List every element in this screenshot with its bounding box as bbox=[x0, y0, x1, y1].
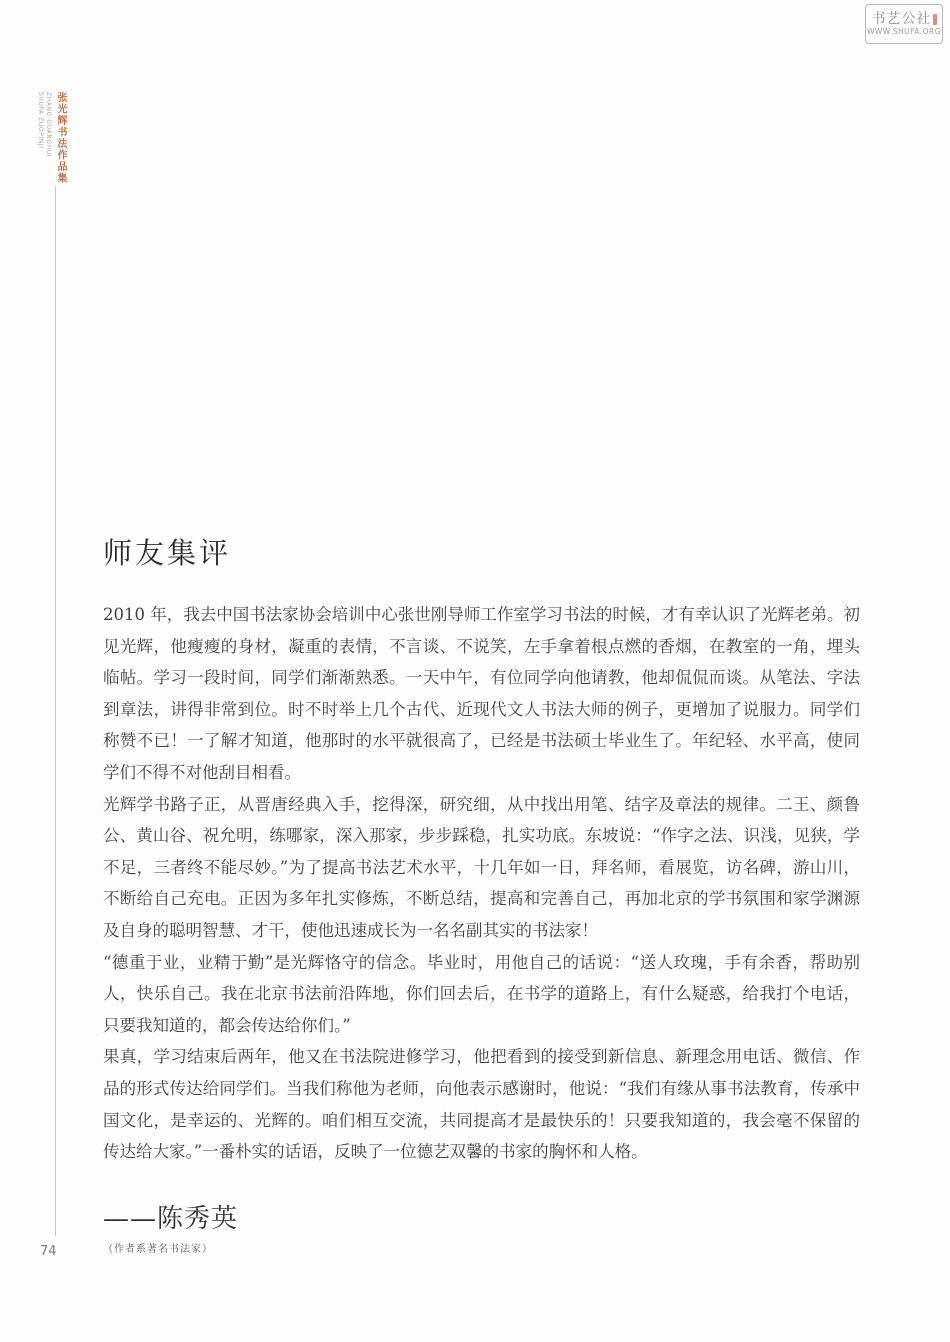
paragraph-1: 2010 年，我去中国书法家协会培训中心张世刚导师工作室学习书法的时候，才有幸认… bbox=[103, 599, 860, 789]
site-watermark: 书艺公社 WWW.SHUFA.ORG bbox=[865, 4, 943, 44]
spine-latin-line2: SHUFA ZUOPINJI bbox=[37, 92, 44, 149]
watermark-name-row: 书艺公社 bbox=[872, 12, 937, 26]
book-spine-title: ZHANG GUANGHUI SHUFA ZUOPINJI 张光辉书法作品集 bbox=[36, 92, 66, 187]
article: 师友集评 2010 年，我去中国书法家协会培训中心张世刚导师工作室学习书法的时候… bbox=[103, 531, 860, 1255]
paragraph-2: 光辉学书路子正，从晋唐经典入手，挖得深，研究细，从中找出用笔、结字及章法的规律。… bbox=[103, 789, 860, 947]
watermark-site-url: WWW.SHUFA.ORG bbox=[867, 27, 941, 36]
left-margin-rule bbox=[55, 186, 56, 1236]
author-signature-note: （作者系著名书法家） bbox=[103, 1240, 860, 1255]
article-body: 2010 年，我去中国书法家协会培训中心张世刚导师工作室学习书法的时候，才有幸认… bbox=[103, 599, 860, 1168]
scanned-book-page: 书艺公社 WWW.SHUFA.ORG ZHANG GUANGHUI SHUFA … bbox=[0, 0, 950, 1342]
article-title: 师友集评 bbox=[103, 531, 860, 572]
spine-latin-title: ZHANG GUANGHUI SHUFA ZUOPINJI bbox=[36, 92, 52, 180]
watermark-site-name: 书艺公社 bbox=[872, 12, 932, 26]
author-signature: ——陈秀英 bbox=[103, 1198, 860, 1235]
paragraph-4: 果真，学习结束后两年，他又在书法院进修学习，他把看到的接受到新信息、新理念用电话… bbox=[103, 1041, 860, 1167]
spine-latin-line1: ZHANG GUANGHUI bbox=[45, 92, 52, 157]
paragraph-3: “德重于业，业精于勤”是光辉恪守的信念。毕业时，用他自己的话说：“送人玫瑰，手有… bbox=[103, 947, 860, 1042]
page-number: 74 bbox=[40, 1244, 57, 1259]
spine-chinese-title: 张光辉书法作品集 bbox=[54, 92, 66, 184]
red-seal-icon bbox=[933, 14, 937, 25]
